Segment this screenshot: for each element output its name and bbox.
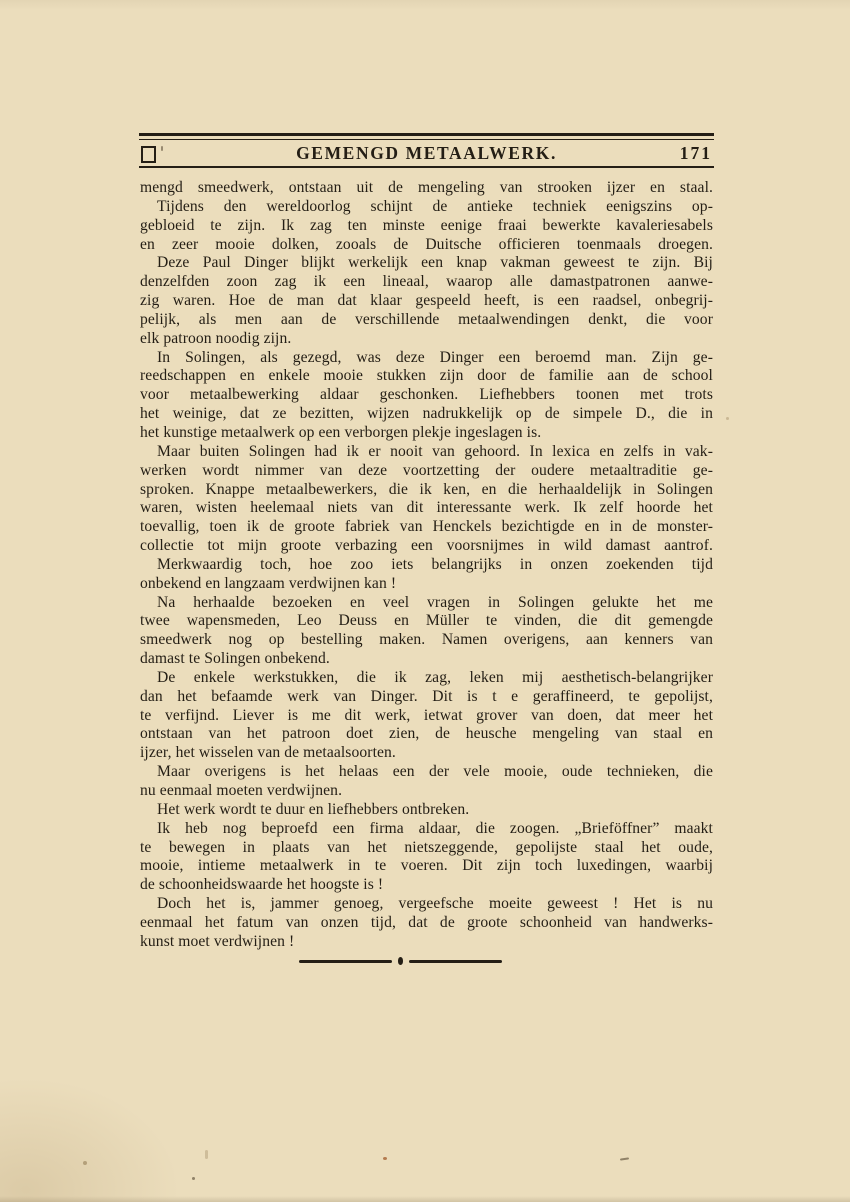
end-rule-dot-icon <box>398 957 403 965</box>
text-line: nu eenmaal moeten verdwijnen. <box>140 782 713 801</box>
end-rule-left-segment <box>299 960 392 963</box>
paragraph: Deze Paul Dinger blijkt werkelijk een kn… <box>140 254 713 348</box>
paragraph: mengd smeedwerk, ontstaan uit de mengeli… <box>140 179 713 198</box>
paragraph: Maar buiten Solingen had ik er nooit van… <box>140 443 713 556</box>
header-rule-under <box>139 166 714 168</box>
text-line: onbekend en langzaam verdwijnen kan ! <box>140 575 713 594</box>
text-line: pelijk, als men aan de verschillende met… <box>140 311 713 330</box>
text-line: dan het befaamde werk van Dinger. Dit is… <box>140 688 713 707</box>
text-line: te verfijnd. Liever is me dit werk, ietw… <box>140 707 713 726</box>
text-line: collectie tot mijn groote verbazing een … <box>140 537 713 556</box>
text-column: mengd smeedwerk, ontstaan uit de mengeli… <box>140 179 713 952</box>
paragraph: De enkele werkstukken, die ik zag, leken… <box>140 669 713 763</box>
paragraph: In Solingen, als gezegd, was deze Dinger… <box>140 349 713 443</box>
end-rule-ornament <box>140 957 713 965</box>
paragraph: Maar overigens is het helaas een der vel… <box>140 763 713 801</box>
paper-speck <box>205 1150 208 1159</box>
text-line: het weinige, dat ze bezitten, wijzen nad… <box>140 405 713 424</box>
end-rule-inner <box>299 957 502 965</box>
header-rule-thick <box>139 133 714 136</box>
text-line: sproken. Knappe metaalbewerkers, die ik … <box>140 481 713 500</box>
text-line: Deze Paul Dinger blijkt werkelijk een kn… <box>140 254 713 273</box>
text-line: damast te Solingen onbekend. <box>140 650 713 669</box>
text-line: elk patroon noodig zijn. <box>140 330 713 349</box>
text-line: Tijdens den wereldoorlog schijnt de anti… <box>140 198 713 217</box>
running-title: GEMENGD METAALWERK. <box>140 143 713 164</box>
paper-speck <box>726 417 729 420</box>
text-line: Ik heb nog beproefd een firma aldaar, di… <box>140 820 713 839</box>
text-line: voor metaalbewerking aldaar geschonken. … <box>140 386 713 405</box>
text-line: Maar buiten Solingen had ik er nooit van… <box>140 443 713 462</box>
paragraph: Ik heb nog beproefd een firma aldaar, di… <box>140 820 713 895</box>
text-line: het kunstige metaalwerk op een verborgen… <box>140 424 713 443</box>
paragraph: Na herhaalde bezoeken en veel vragen in … <box>140 594 713 669</box>
paragraph: Het werk wordt te duur en liefhebbers on… <box>140 801 713 820</box>
text-line: de schoonheidswaarde het hoogste is ! <box>140 876 713 895</box>
end-rule-right-segment <box>409 960 502 963</box>
header-rule-thin <box>139 139 714 140</box>
paper-speck <box>383 1157 387 1160</box>
text-line: De enkele werkstukken, die ik zag, leken… <box>140 669 713 688</box>
text-line: waren, wisten heelemaal niets van dit in… <box>140 499 713 518</box>
text-line: Maar overigens is het helaas een der vel… <box>140 763 713 782</box>
book-page: GEMENGD METAALWERK. 171 mengd smeedwerk,… <box>0 0 850 1202</box>
paper-speck <box>192 1177 195 1180</box>
text-line: Merkwaardig toch, hoe zoo iets belangrij… <box>140 556 713 575</box>
paragraph: Merkwaardig toch, hoe zoo iets belangrij… <box>140 556 713 594</box>
text-line: In Solingen, als gezegd, was deze Dinger… <box>140 349 713 368</box>
text-line: eenmaal het fatum van onzen tijd, dat de… <box>140 914 713 933</box>
text-line: Doch het is, jammer genoeg, vergeefsche … <box>140 895 713 914</box>
paper-speck <box>83 1161 87 1165</box>
text-line: denzelfden zoon zag ik een lineaal, waar… <box>140 273 713 292</box>
text-line: twee wapensmeden, Leo Deuss en Müller te… <box>140 612 713 631</box>
text-line: zig waren. Hoe de man dat klaar gespeeld… <box>140 292 713 311</box>
text-line: smeedwerk nog op bestelling maken. Namen… <box>140 631 713 650</box>
text-line: reedschappen en enkele mooie stukken zij… <box>140 367 713 386</box>
text-line: werken wordt nimmer van deze voortzettin… <box>140 462 713 481</box>
text-line: mooie, intieme metaalwerk in te voeren. … <box>140 857 713 876</box>
text-line: kunst moet verdwijnen ! <box>140 933 713 952</box>
text-line: mengd smeedwerk, ontstaan uit de mengeli… <box>140 179 713 198</box>
page-number: 171 <box>680 143 712 164</box>
text-line: en zeer mooie dolken, zooals de Duitsche… <box>140 236 713 255</box>
text-line: te bewegen in plaats van het nietszeggen… <box>140 839 713 858</box>
paper-speck <box>620 1157 629 1160</box>
text-line: ontstaan van het patroon doet zien, de h… <box>140 725 713 744</box>
text-line: ijzer, het wisselen van de metaalsoorten… <box>140 744 713 763</box>
text-line: Het werk wordt te duur en liefhebbers on… <box>140 801 713 820</box>
paragraph: Doch het is, jammer genoeg, vergeefsche … <box>140 895 713 952</box>
text-line: Na herhaalde bezoeken en veel vragen in … <box>140 594 713 613</box>
text-line: gebloeid te zijn. Ik zag ten minste eeni… <box>140 217 713 236</box>
text-line: toevallig, toen ik de groote fabriek van… <box>140 518 713 537</box>
page-header: GEMENGD METAALWERK. 171 <box>140 143 713 164</box>
paragraph: Tijdens den wereldoorlog schijnt de anti… <box>140 198 713 255</box>
